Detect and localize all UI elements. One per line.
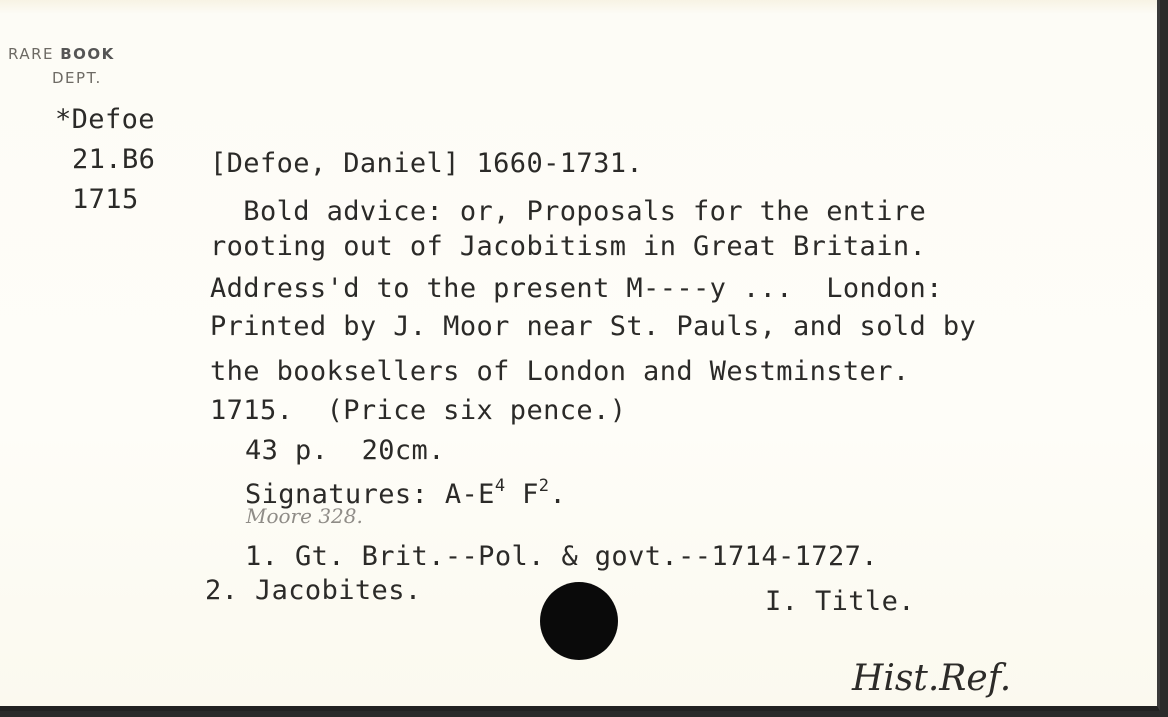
stamp-rare-text: RARE	[8, 45, 60, 63]
subject-heading-1: 1. Gt. Brit.--Pol. & govt.--1714-1727.	[245, 543, 878, 570]
pencil-note: Moore 328.	[246, 504, 363, 528]
catalog-card: RARE BOOK DEPT. *Defoe 21.B6 1715 [Defoe…	[0, 0, 1160, 711]
call-number-line3: 1715	[72, 186, 139, 213]
rare-book-stamp-line1: RARE BOOK	[8, 45, 115, 63]
stamp-book-text: BOOK	[60, 45, 115, 63]
signatures-sup-1: 4	[495, 476, 506, 496]
signatures-end: .	[549, 479, 566, 510]
signatures-mid: F	[505, 479, 538, 510]
added-entry-title: I. Title.	[765, 588, 915, 615]
title-line-3: Address'd to the present M----y ... Lond…	[210, 275, 943, 302]
title-line-2: rooting out of Jacobitism in Great Brita…	[210, 233, 926, 260]
title-line-4: Printed by J. Moor near St. Pauls, and s…	[210, 313, 976, 340]
subject-heading-2: 2. Jacobites.	[205, 577, 422, 604]
call-number-line1: *Defoe	[55, 106, 155, 133]
punch-hole	[540, 582, 618, 660]
title-line-5: the booksellers of London and Westminste…	[210, 358, 910, 385]
title-line-1: Bold advice: or, Proposals for the entir…	[210, 198, 926, 225]
title-line-6: 1715. (Price six pence.)	[210, 397, 626, 424]
collation: 43 p. 20cm.	[245, 437, 445, 464]
handwritten-annotation: Hist.Ref.	[852, 658, 1011, 699]
rare-book-stamp-line2: DEPT.	[52, 69, 102, 87]
author-heading: [Defoe, Daniel] 1660-1731.	[210, 150, 643, 177]
call-number-line2: 21.B6	[72, 146, 155, 173]
signatures-sup-2: 2	[539, 476, 550, 496]
